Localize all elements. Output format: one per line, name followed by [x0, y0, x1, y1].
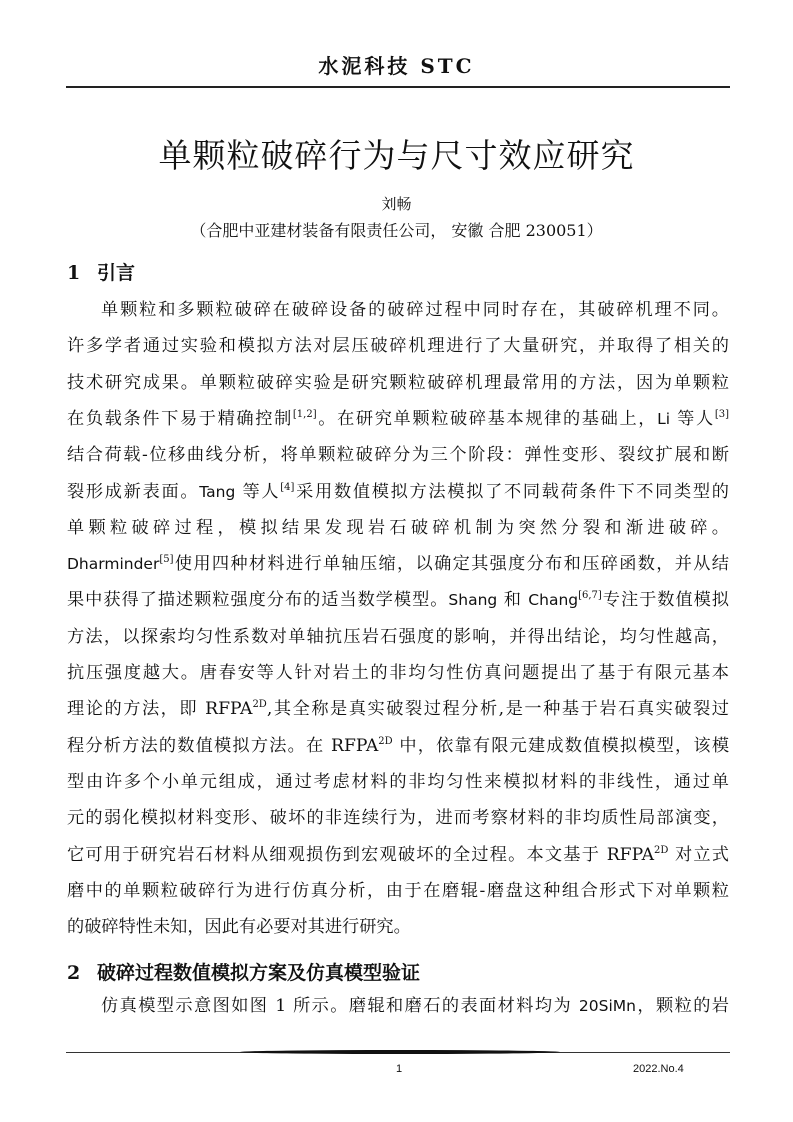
text-run: 的破碎特性未知，因此有必要对其进行研究。 [67, 917, 411, 937]
latin-term: Tang [199, 483, 235, 501]
citation-superscript: 2D [378, 736, 392, 747]
section-title: 引言 [97, 262, 135, 284]
text-run: 果中获得了描述颗粒强度分布的适当数学模型。 [67, 590, 448, 610]
citation-superscript: [5] [159, 554, 173, 565]
text-run: 型由许多个小单元组成，通过考虑材料的非均匀性来模拟材料的非线性，通过单 [67, 772, 729, 792]
section-title: 破碎过程数值模拟方案及仿真模型验证 [97, 962, 420, 984]
text-line: 裂形成新表面。Tang 等人[4]采用数值模拟方法模拟了不同载荷条件下不同类型的 [67, 482, 729, 502]
text-run: 在负载条件下易于精确控制 [67, 409, 293, 429]
text-run: ,其全称是真实破裂过程分析,是一种基于岩石真实破裂过 [267, 699, 729, 719]
text-line: Dharminder[5]使用四种材料进行单轴压缩，以确定其强度分布和压碎函数，… [67, 554, 729, 574]
latin-term: Shang [448, 591, 497, 609]
section-number: 1 [67, 262, 97, 284]
text-line: 它可用于研究岩石材料从细观损伤到宏观破坏的全过程。本文基于 RFPA2D 对立式 [67, 845, 729, 865]
text-run: 等人 [235, 482, 280, 502]
page-number: 1 [396, 1063, 402, 1075]
issue-label: 2022.No.4 [633, 1063, 684, 1075]
text-run: 抗压强度越大。唐春安等人针对岩土的非均匀性仿真问题提出了基于有限元基本 [67, 663, 729, 683]
text-run: ，颗粒的岩 [636, 996, 729, 1016]
text-run: 使用四种材料进行单轴压缩，以确定其强度分布和压碎函数，并从结 [174, 554, 729, 574]
text-run: 许多学者通过实验和模拟方法对层压破碎机理进行了大量研究，并取得了相关的 [67, 336, 729, 356]
text-run: 等人 [670, 409, 715, 429]
text-run: 。在研究单颗粒破碎基本规律的基础上， [317, 409, 657, 429]
latin-term: Chang [528, 591, 578, 609]
text-run: 理论的方法，即 RFPA [67, 699, 252, 719]
latin-term: Li [657, 410, 670, 428]
latin-term: Dharminder [67, 555, 159, 573]
citation-superscript: [1,2] [293, 409, 317, 420]
text-run: 中，依靠有限元建成数值模拟模型，该模 [393, 736, 729, 756]
section-number: 2 [67, 962, 97, 984]
text-run: 仿真模型示意图如图 1 所示。磨辊和磨石的表面材料均为 [101, 996, 579, 1016]
text-line: 技术研究成果。单颗粒破碎实验是研究颗粒破碎机理最常用的方法，因为单颗粒 [67, 373, 729, 393]
citation-superscript: [6,7] [578, 590, 602, 601]
text-run: 对立式 [668, 845, 729, 865]
text-run: 专注于数值模拟 [602, 590, 729, 610]
text-line: 程分析方法的数值模拟方法。在 RFPA2D 中，依靠有限元建成数值模拟模型，该模 [67, 736, 729, 756]
paper-title: 单颗粒破碎行为与尺寸效应研究 [0, 130, 793, 177]
text-line: 的破碎特性未知，因此有必要对其进行研究。 [67, 917, 729, 937]
journal-name: 水泥科技 STC [0, 50, 793, 79]
citation-superscript: [4] [280, 482, 294, 493]
text-run: 和 [497, 590, 528, 610]
footer-divider-accent [240, 1050, 560, 1054]
text-line: 在负载条件下易于精确控制[1,2]。在研究单颗粒破碎基本规律的基础上，Li 等人… [67, 409, 729, 429]
author-affiliation: （合肥中亚建材装备有限责任公司， 安徽 合肥 230051） [0, 218, 793, 241]
text-line: 元的弱化模拟材料变形、破坏的非连续行为，进而考察材料的非均质性局部演变， [67, 808, 729, 828]
text-run: 方法，以探索均匀性系数对单轴抗压岩石强度的影响，并得出结论，均匀性越高， [67, 627, 729, 647]
text-line: 许多学者通过实验和模拟方法对层压破碎机理进行了大量研究，并取得了相关的 [67, 336, 729, 356]
text-run: 单颗粒破碎过程，模拟结果发现岩石破碎机制为突然分裂和渐进破碎。 [67, 518, 729, 538]
section-heading-2: 2破碎过程数值模拟方案及仿真模型验证 [67, 958, 420, 985]
text-line: 仿真模型示意图如图 1 所示。磨辊和磨石的表面材料均为 20SiMn，颗粒的岩 [101, 996, 729, 1016]
text-run: 单颗粒和多颗粒破碎在破碎设备的破碎过程中同时存在，其破碎机理不同。 [101, 300, 729, 320]
text-run: 采用数值模拟方法模拟了不同载荷条件下不同类型的 [294, 482, 729, 502]
text-run: 技术研究成果。单颗粒破碎实验是研究颗粒破碎机理最常用的方法，因为单颗粒 [67, 373, 729, 393]
author-name: 刘畅 [0, 193, 793, 214]
citation-superscript: [3] [715, 409, 729, 420]
text-line: 型由许多个小单元组成，通过考虑材料的非均匀性来模拟材料的非线性，通过单 [67, 772, 729, 792]
citation-superscript: 2D [654, 845, 668, 856]
section-heading-1: 1引言 [67, 258, 135, 285]
text-line: 单颗粒破碎过程，模拟结果发现岩石破碎机制为突然分裂和渐进破碎。 [67, 518, 729, 538]
text-run: 结合荷载-位移曲线分析，将单颗粒破碎分为三个阶段：弹性变形、裂纹扩展和断 [67, 445, 729, 465]
text-line: 方法，以探索均匀性系数对单轴抗压岩石强度的影响，并得出结论，均匀性越高， [67, 627, 729, 647]
text-run: 磨中的单颗粒破碎行为进行仿真分析，由于在磨辊-磨盘这种组合形式下对单颗粒 [67, 881, 729, 901]
text-run: 它可用于研究岩石材料从细观损伤到宏观破坏的全过程。本文基于 RFPA [67, 845, 654, 865]
citation-superscript: 2D [252, 699, 266, 710]
text-run: 裂形成新表面。 [67, 482, 199, 502]
header-divider [66, 86, 730, 88]
text-line: 磨中的单颗粒破碎行为进行仿真分析，由于在磨辊-磨盘这种组合形式下对单颗粒 [67, 881, 729, 901]
text-line: 结合荷载-位移曲线分析，将单颗粒破碎分为三个阶段：弹性变形、裂纹扩展和断 [67, 445, 729, 465]
text-line: 单颗粒和多颗粒破碎在破碎设备的破碎过程中同时存在，其破碎机理不同。 [101, 300, 729, 320]
text-line: 抗压强度越大。唐春安等人针对岩土的非均匀性仿真问题提出了基于有限元基本 [67, 663, 729, 683]
text-run: 元的弱化模拟材料变形、破坏的非连续行为，进而考察材料的非均质性局部演变， [67, 808, 729, 828]
text-run: 程分析方法的数值模拟方法。在 RFPA [67, 736, 378, 756]
latin-term: 20SiMn [579, 997, 636, 1015]
text-line: 果中获得了描述颗粒强度分布的适当数学模型。Shang 和 Chang[6,7]专… [67, 590, 729, 610]
text-line: 理论的方法，即 RFPA2D,其全称是真实破裂过程分析,是一种基于岩石真实破裂过 [67, 699, 729, 719]
